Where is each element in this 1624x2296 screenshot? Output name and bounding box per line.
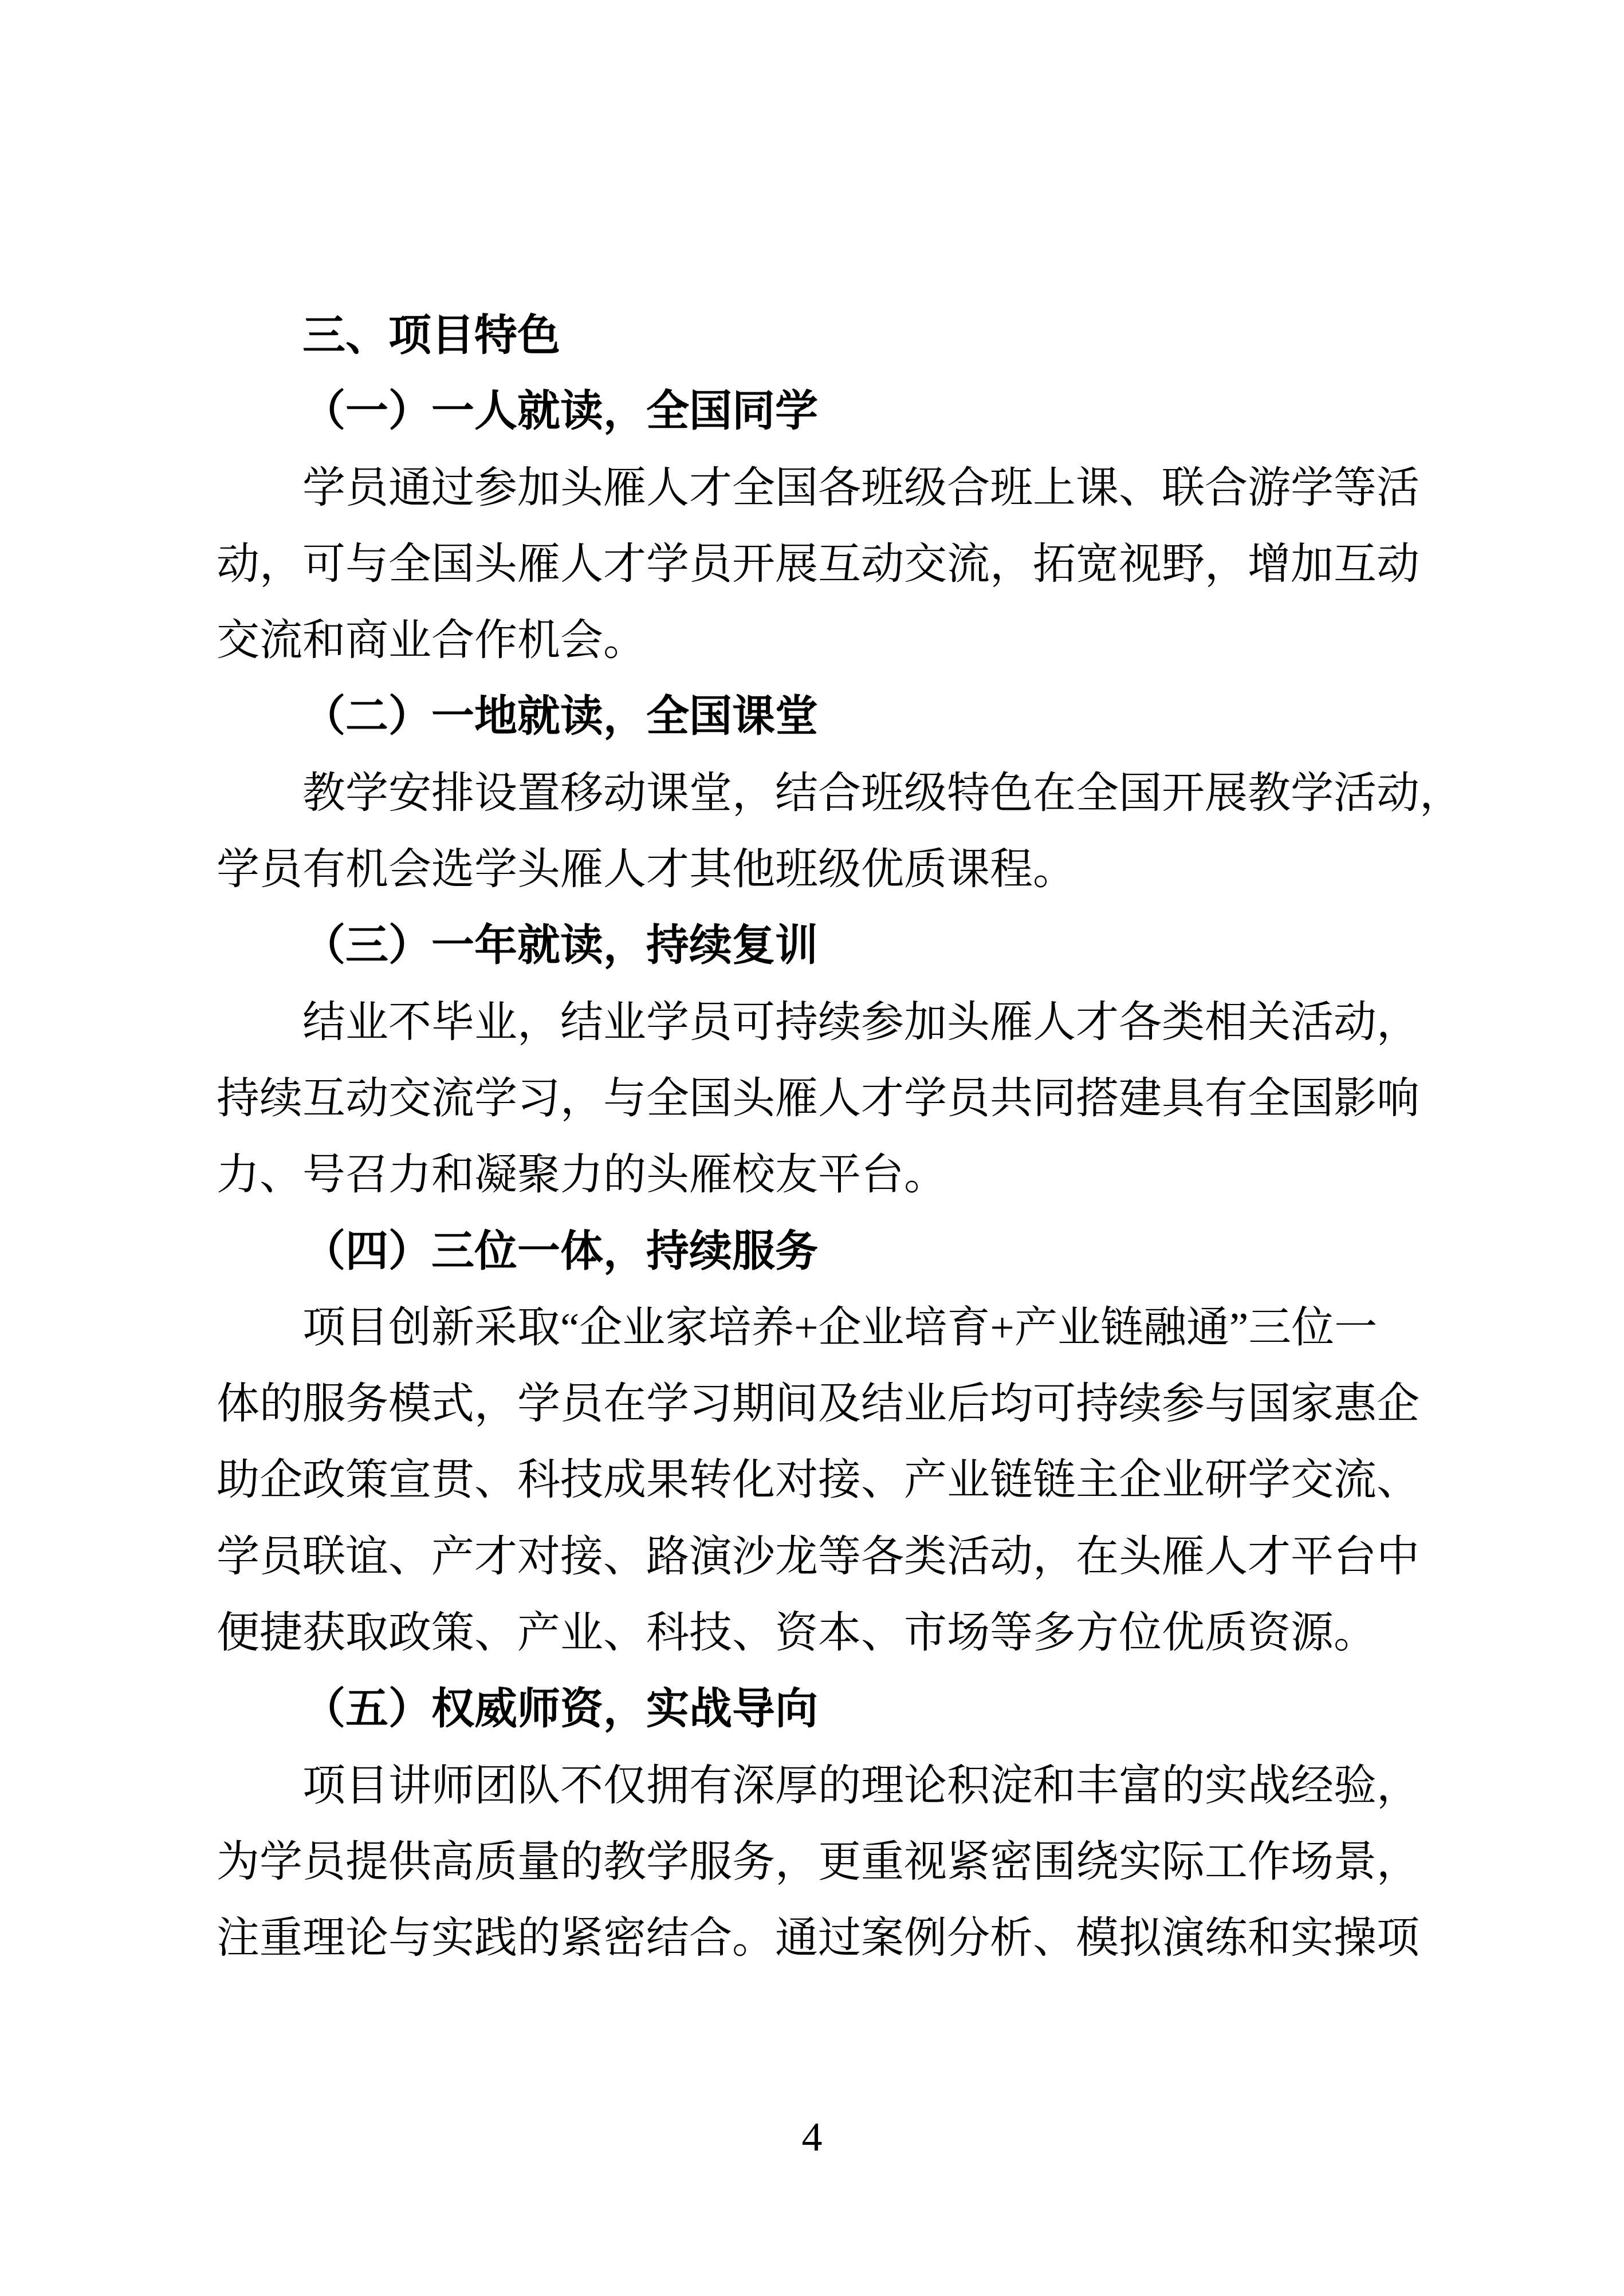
body-line: 便捷获取政策、产业、科技、资本、市场等多方位优质资源。 bbox=[217, 1595, 1419, 1671]
body-line: 项目创新采取“企业家培养+企业培育+产业链融通”三位一 bbox=[217, 1290, 1419, 1366]
document-heading: 三、项目特色 bbox=[217, 297, 1419, 373]
body-line: 注重理论与实践的紧密结合。通过案例分析、模拟演练和实操项 bbox=[217, 1900, 1419, 1976]
body-line: 学员通过参加头雁人才全国各班级合班上课、联合游学等活 bbox=[217, 450, 1419, 526]
body-line: 交流和商业合作机会。 bbox=[217, 602, 1419, 679]
body-line: 力、号召力和凝聚力的头雁校友平台。 bbox=[217, 1137, 1419, 1213]
document-page: 三、项目特色（一）一人就读，全国同学学员通过参加头雁人才全国各班级合班上课、联合… bbox=[0, 0, 1624, 2296]
section-heading: （四）三位一体，持续服务 bbox=[217, 1214, 1419, 1290]
body-line: 学员有机会选学头雁人才其他班级优质课程。 bbox=[217, 832, 1419, 908]
section-heading: （二）一地就读，全国课堂 bbox=[217, 679, 1419, 755]
section-heading: （五）权威师资，实战导向 bbox=[217, 1671, 1419, 1747]
body-line: 持续互动交流学习，与全国头雁人才学员共同搭建具有全国影响 bbox=[217, 1061, 1419, 1137]
body-line: 动，可与全国头雁人才学员开展互动交流，拓宽视野，增加互动 bbox=[217, 526, 1419, 602]
body-line: 学员联谊、产才对接、路演沙龙等各类活动，在头雁人才平台中 bbox=[217, 1519, 1419, 1595]
body-line: 教学安排设置移动课堂，结合班级特色在全国开展教学活动， bbox=[217, 755, 1419, 832]
body-line: 项目讲师团队不仅拥有深厚的理论积淀和丰富的实战经验， bbox=[217, 1748, 1419, 1824]
section-heading: （三）一年就读，持续复训 bbox=[217, 908, 1419, 984]
page-number: 4 bbox=[0, 2111, 1624, 2163]
body-line: 结业不毕业，结业学员可持续参加头雁人才各类相关活动， bbox=[217, 984, 1419, 1061]
body-line: 为学员提供高质量的教学服务，更重视紧密围绕实际工作场景， bbox=[217, 1824, 1419, 1900]
body-line: 体的服务模式，学员在学习期间及结业后均可持续参与国家惠企 bbox=[217, 1366, 1419, 1442]
section-heading: （一）一人就读，全国同学 bbox=[217, 373, 1419, 450]
body-line: 助企政策宣贯、科技成果转化对接、产业链链主企业研学交流、 bbox=[217, 1442, 1419, 1518]
document-body: 三、项目特色（一）一人就读，全国同学学员通过参加头雁人才全国各班级合班上课、联合… bbox=[217, 297, 1419, 1977]
